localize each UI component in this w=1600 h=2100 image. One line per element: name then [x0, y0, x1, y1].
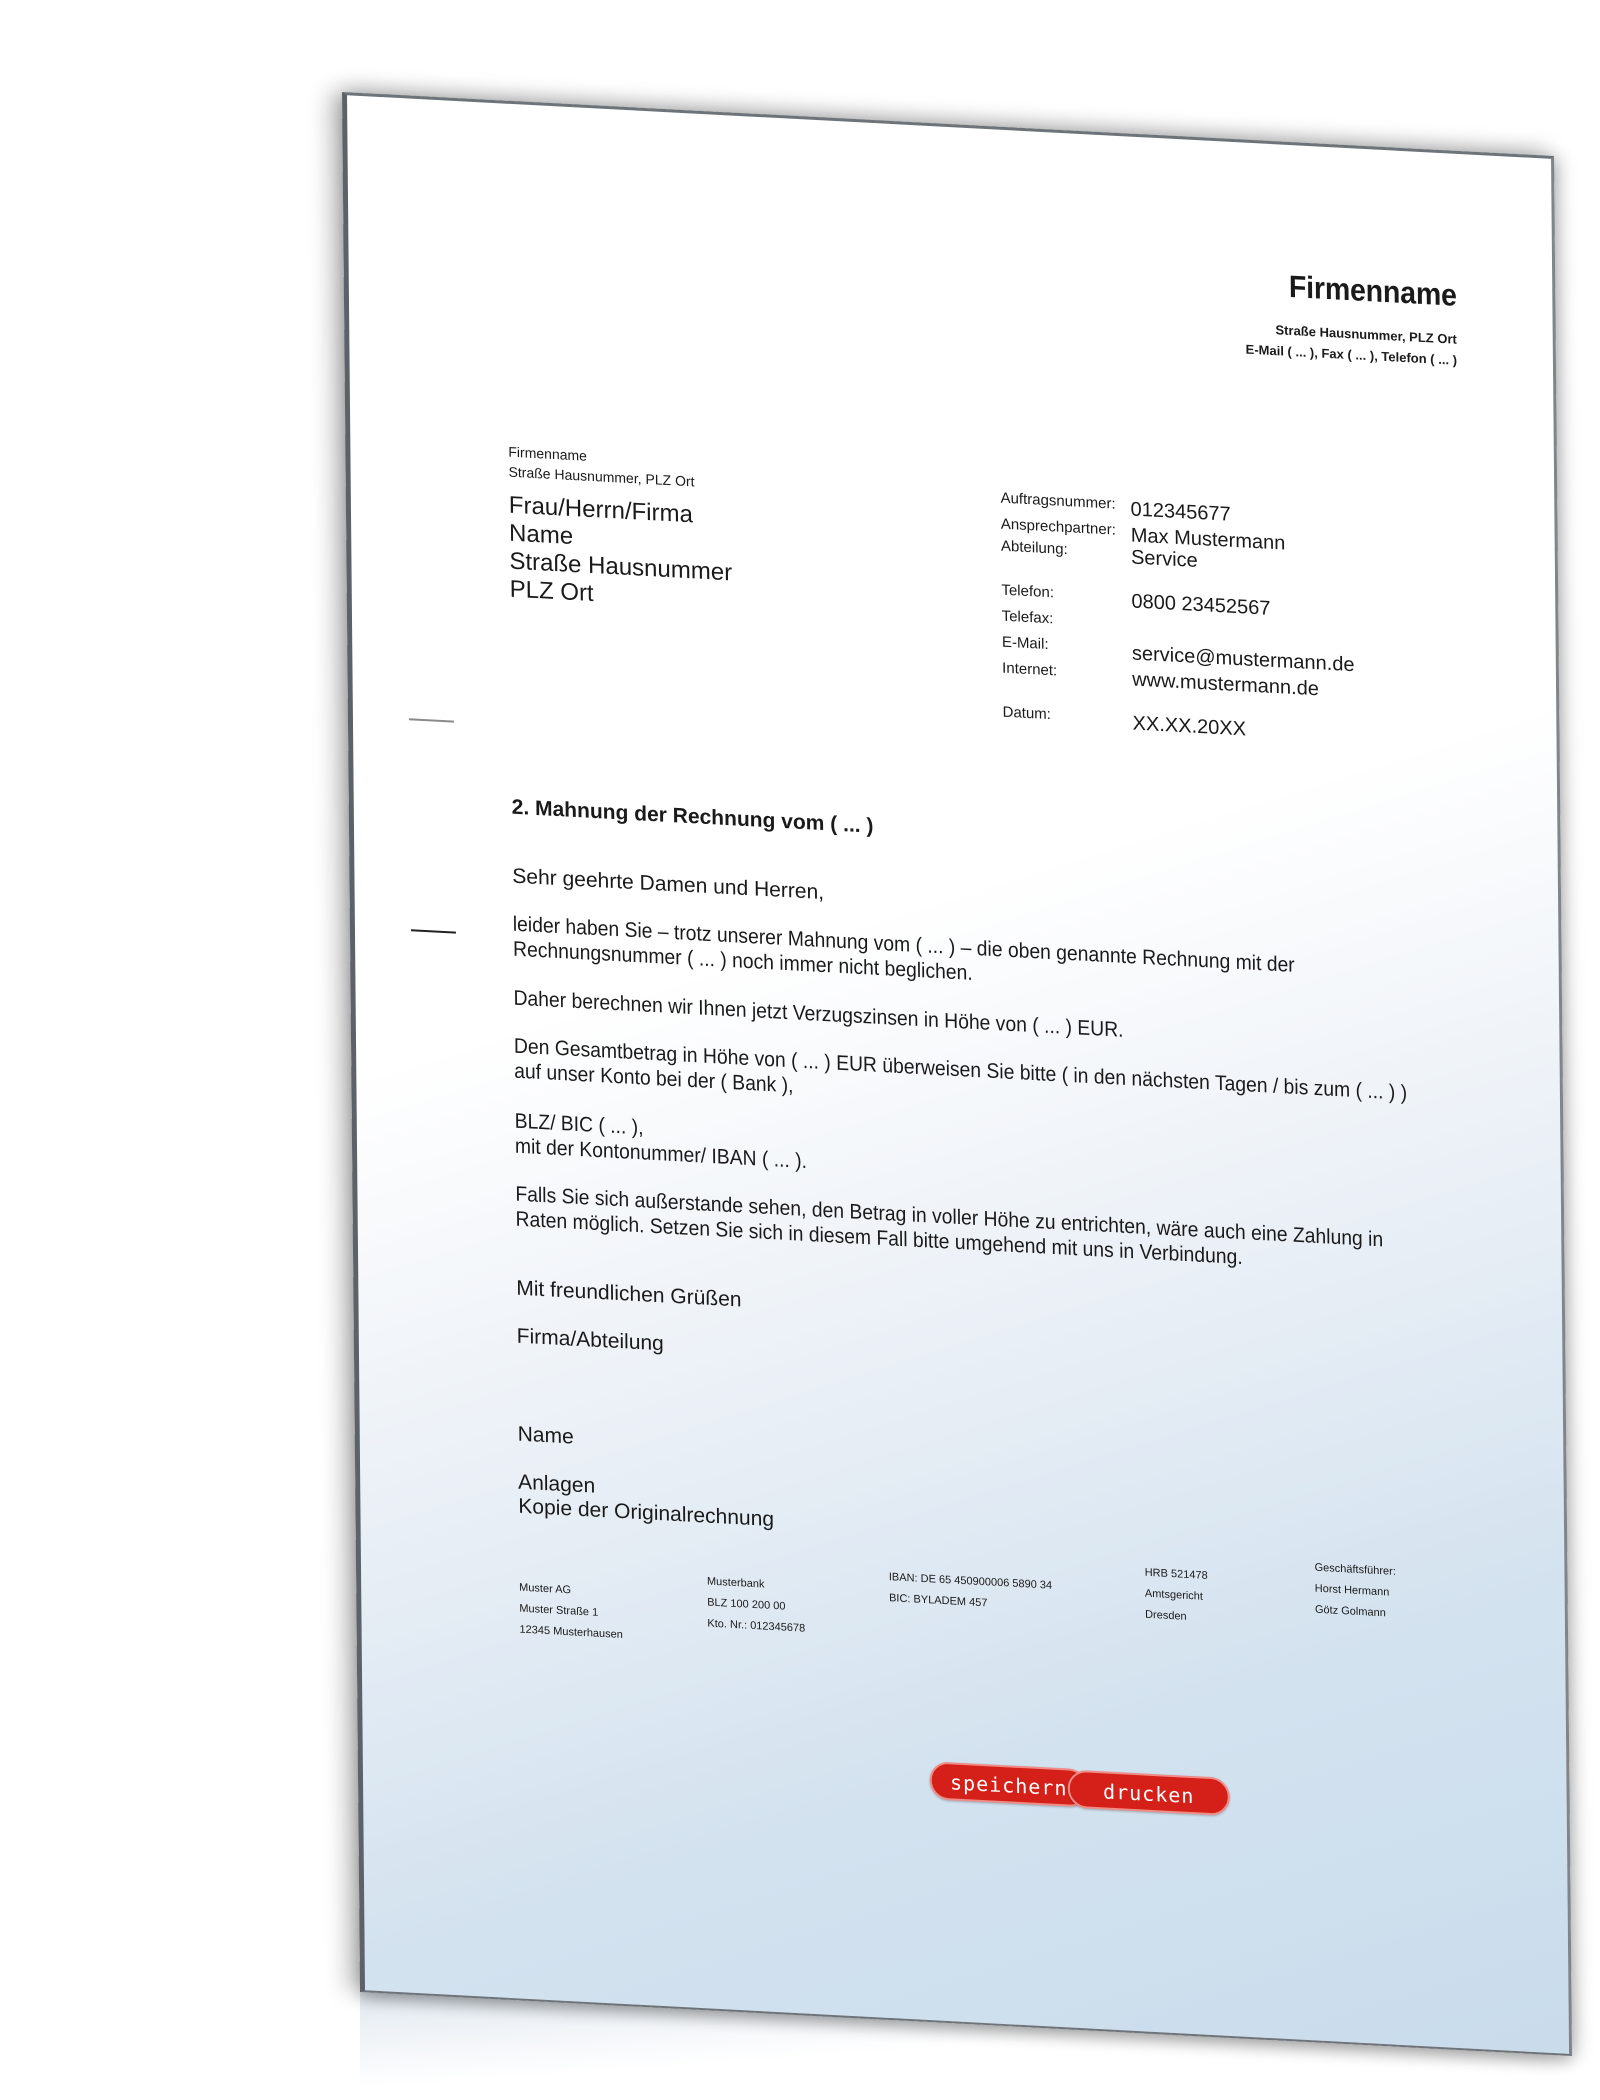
info-value: Service — [1131, 546, 1198, 573]
info-label: Telefon: — [1001, 582, 1054, 602]
letter-page: Firmenname Straße Hausnummer, PLZ Ort E-… — [342, 92, 1572, 2056]
footer-line: Kto. Nr.: 012345678 — [707, 1614, 805, 1640]
letterhead-address: Straße Hausnummer, PLZ Ort — [1275, 322, 1456, 347]
footer-line: 12345 Musterhausen — [519, 1620, 623, 1646]
info-block: Auftragsnummer: 012345677 Ansprechpartne… — [1000, 490, 1400, 511]
info-value: XX.XX.20XX — [1133, 712, 1247, 741]
document-preview: Firmenname Straße Hausnummer, PLZ Ort E-… — [0, 0, 1600, 2100]
recipient-block: Frau/Herrn/Firma Name Straße Hausnummer … — [509, 492, 733, 616]
info-label: Auftragsnummer: — [1000, 490, 1115, 513]
info-label: Internet: — [1002, 660, 1057, 680]
footer-register: HRB 521478 Amtsgericht Dresden — [1145, 1563, 1209, 1629]
footer-line: Dresden — [1145, 1605, 1208, 1629]
info-value: 012345677 — [1130, 498, 1230, 526]
punch-mark — [411, 929, 456, 933]
sender-block: Firmenname Straße Hausnummer, PLZ Ort — [508, 442, 694, 492]
info-label: E-Mail: — [1002, 634, 1049, 653]
info-label: Abteilung: — [1001, 538, 1068, 559]
letter-subject: 2. Mahnung der Rechnung vom ( ... ) — [512, 796, 874, 839]
info-label: Datum: — [1002, 704, 1051, 724]
footer-line: Götz Golmann — [1315, 1600, 1397, 1625]
footer-management: Geschäftsführer: Horst Hermann Götz Golm… — [1314, 1558, 1396, 1625]
info-label: Telefax: — [1002, 608, 1054, 628]
letter-body: Sehr geehrte Damen und Herren, leider ha… — [512, 864, 1432, 913]
info-label: Ansprechpartner: — [1001, 516, 1116, 539]
print-button[interactable]: drucken — [1068, 1769, 1230, 1816]
letter-footer: Muster AG Muster Straße 1 12345 Musterha… — [519, 1556, 1469, 1606]
fold-mark — [409, 718, 454, 722]
footer-bank: Musterbank BLZ 100 200 00 Kto. Nr.: 0123… — [707, 1572, 805, 1640]
info-value: 0800 23452567 — [1131, 590, 1270, 620]
letterhead-company-name: Firmenname — [1288, 269, 1456, 314]
footer-iban: IBAN: DE 65 450900006 5890 34 BIC: BYLAD… — [889, 1567, 1053, 1618]
letterhead-contact: E-Mail ( ... ), Fax ( ... ), Telefon ( .… — [1246, 342, 1458, 368]
footer-company: Muster AG Muster Straße 1 12345 Musterha… — [519, 1578, 623, 1646]
save-button[interactable]: speichern — [930, 1761, 1088, 1807]
